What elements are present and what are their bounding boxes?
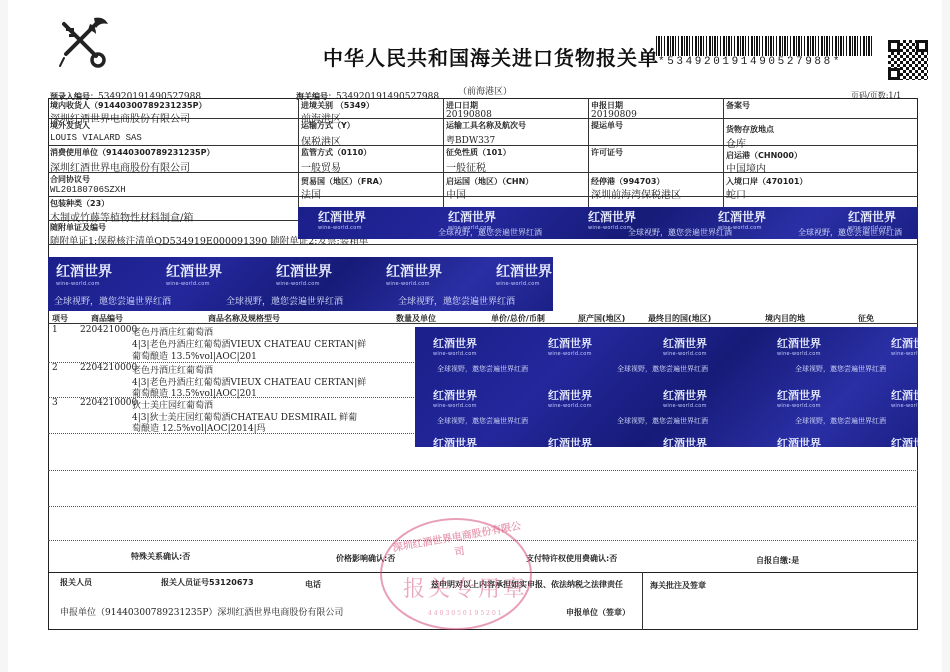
document-title: 中华人民共和国海关进口货物报关单 [323, 42, 659, 71]
phone-label: 电话 [305, 579, 321, 590]
barcode-text: *534920191490527988* [658, 56, 842, 68]
storage-value: 仓库 [726, 135, 746, 150]
package-label: 包装种类（23） [50, 198, 109, 209]
qr-code-icon [888, 40, 928, 80]
col-qty: 数量及单位 [396, 313, 436, 324]
customs-district: （前海港区） [458, 84, 512, 97]
watermark-banner: 红酒世界wine-world.com 红酒世界wine-world.com 红酒… [415, 327, 918, 447]
shipper-label: 境外发货人 [50, 120, 90, 131]
bill-no-label: 提运单号 [591, 120, 623, 131]
barcode [656, 36, 874, 56]
col-domestic-dest: 境内目的地 [765, 313, 805, 324]
transport-mode-label: 运输方式（Y） [301, 120, 355, 131]
watermark-banner: 红酒世界wine-world.com 红酒世界wine-world.com 红酒… [48, 257, 553, 311]
declarant-cert: 报关人员证号53120673 [161, 577, 254, 588]
departure-value: 中国境内 [726, 160, 766, 175]
col-destination: 最终目的国(地区) [648, 313, 711, 324]
trade-country-value: 法国 [301, 186, 321, 201]
supervision-label: 监管方式（0110） [301, 147, 371, 158]
transport-mode-value: 保税港区 [301, 133, 341, 148]
declare-date-value: 20190809 [591, 110, 637, 120]
license-label: 许可证号 [591, 147, 623, 158]
royalty-confirm: 支付特许权使用费确认:否 [526, 553, 617, 564]
col-levy: 征免 [858, 313, 874, 324]
vessel-value: 粤BDW337 [446, 133, 495, 146]
seal-label: 申报单位（签章） [566, 607, 630, 618]
consumer-label: 消费使用单位（91440300789231235P） [50, 147, 215, 158]
storage-label: 货物存放地点 [726, 124, 774, 135]
col-code: 商品编号 [91, 313, 123, 324]
col-price: 单价/总价/币制 [491, 313, 545, 324]
shipper-value: LOUIS VIALARD SAS [50, 133, 142, 143]
customs-declaration-page: 中华人民共和国海关进口货物报关单 *534920191490527988* 预录… [8, 0, 942, 672]
levy-value: 一般征税 [446, 159, 486, 174]
import-date-value: 20190808 [446, 110, 492, 120]
transit-value: 深圳前海湾保税港区 [591, 186, 681, 201]
contract-label: 合同协议号 [50, 174, 90, 185]
declaring-unit: 申报单位（91440300789231235P）深圳红酒世界电商股份有限公司 [60, 605, 343, 618]
customs-emblem-icon [54, 14, 110, 74]
supervision-value: 一般贸易 [301, 159, 341, 174]
consumer-value: 深圳红酒世界电商股份有限公司 [50, 159, 190, 174]
self-declare-confirm: 自报自缴:是 [756, 555, 799, 566]
declarant-label: 报关人员 [60, 577, 92, 588]
entry-port-value: 蛇口 [726, 186, 746, 201]
levy-label: 征免性质（101） [446, 147, 511, 158]
stamp-number: 4403050195201 [428, 610, 504, 617]
special-relation-confirm: 特殊关系确认:否 [131, 551, 190, 562]
docs-label: 随附单证及编号 [50, 222, 106, 233]
origin-country-value: 中国 [446, 186, 466, 201]
col-item-no: 项号 [52, 313, 68, 324]
watermark-banner: 红酒世界wine-world.com 红酒世界wine-world.com 红酒… [298, 207, 918, 239]
col-name: 商品名称及规格型号 [208, 313, 280, 324]
col-origin: 原产国(地区) [578, 313, 625, 324]
stamp-main-text: 报关专用章 [403, 572, 528, 603]
contract-value: WL20180706SZXH [50, 185, 126, 195]
record-no-label: 备案号 [726, 100, 750, 111]
vessel-label: 运输工具名称及航次号 [446, 120, 526, 131]
customs-note-label: 海关批注及签章 [650, 580, 706, 591]
